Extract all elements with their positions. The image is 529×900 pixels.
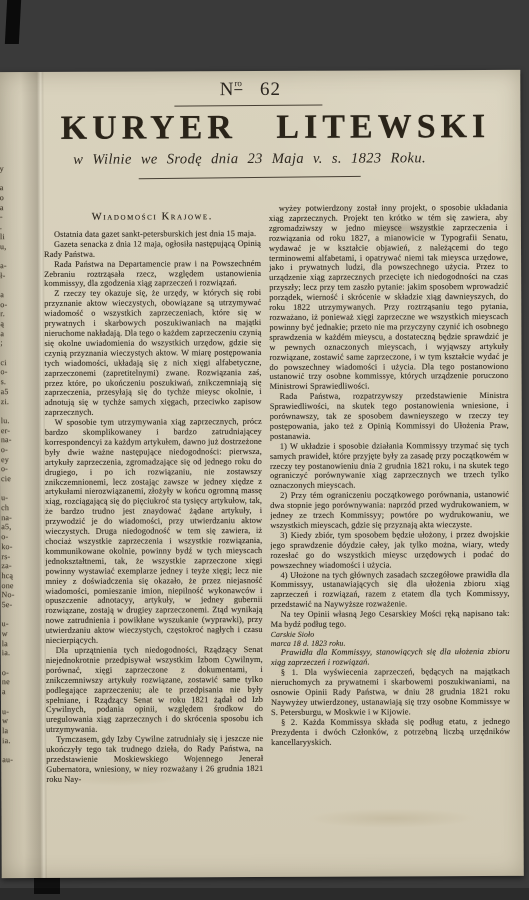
margin-text-fragment: ; [0,338,14,348]
margin-text-fragment: a5 [1,387,15,397]
margin-text-fragment [2,697,16,707]
margin-text-fragment [2,803,16,813]
paragraph: Gazeta senacka z dnia 12 maja, ogłosiła … [44,239,261,260]
right-column: wyżey potwierdzony został inny projekt, … [269,203,511,871]
margin-text-fragment: No- [2,590,16,600]
margin-text-fragment: za- [1,561,15,571]
margin-text-fragment [1,406,15,416]
divider-rule-dateline [139,176,361,179]
margin-text-fragment: ko- [1,542,15,552]
margin-text-fragment: lu. [1,416,15,426]
margin-text-fragment: a [0,329,14,339]
margin-text-fragment [0,348,14,358]
margin-text-fragment: a [0,183,14,193]
margin-text-fragment: a5, [1,523,15,533]
margin-text-fragment: a [2,687,16,697]
margin-text-fragment: r. [0,309,14,319]
section-heading: Wiadomości Krajowe. [44,212,261,223]
scan-bottom-shadow [0,888,529,900]
margin-text-fragment: u- [2,619,16,629]
paragraph: Na tey Opinii własną Jego Cesarskiey Moś… [271,609,510,630]
margin-text-fragment: la [2,726,16,736]
margin-text-fragment: u, [0,242,14,252]
margin-text-fragment [2,784,16,794]
left-column-paragraphs: Ostatnia data gazet sankt-petersburskich… [44,229,263,785]
margin-text-fragment [2,658,16,668]
paragraph: Carskie Sioło marca 18 d. 1823 roku. [271,629,510,648]
adjacent-page-edge: yaoa-.liu,a-ł-ao-r.ąa;cio-s.a5zi.lu.er-n… [0,72,47,878]
margin-text-fragment: . [0,222,14,232]
margin-text-fragment [0,251,14,261]
right-column-paragraphs: wyżey potwierdzony został inny projekt, … [269,203,510,747]
margin-text-fragment: er- [1,426,15,436]
paragraph: 2) Przy tém ograniczeniu początkowego po… [270,490,509,531]
margin-text-fragment: o- [1,464,15,474]
margin-text-fragment: ia. [2,736,16,746]
paragraph: wyżey potwierdzony został inny projekt, … [269,203,509,392]
margin-text-fragment [2,813,16,823]
paragraph: Tymczasem, gdy Izby Cywilne zatrudniały … [46,734,263,784]
margin-text-fragment: ł- [0,271,14,281]
newspaper-page-scan: yaoa-.liu,a-ł-ao-r.ąa;cio-s.a5zi.lu.er-n… [0,70,524,878]
margin-text-fragment: na- [1,513,15,523]
margin-text-fragment: u- [2,707,16,717]
margin-text-fragment: li [0,232,14,242]
paragraph: Z rzeczy tey okazuje się, że urzędy, w k… [44,288,262,418]
margin-text-fragment: ch [1,503,15,513]
margin-text-fragment [2,765,16,775]
margin-text-fragment: zi. [1,397,15,407]
margin-text-fragment: one [1,581,15,591]
paragraph: 3) Kiedy zbiór, tym sposobem będzie ułoż… [270,530,509,571]
margin-text-fragment [3,823,17,833]
margin-text-fragment: s. [1,377,15,387]
margin-text-fragment [0,174,14,184]
margin-text-fragment: o- [2,668,16,678]
margin-text-fragment: w [2,716,16,726]
margin-text-fragment: cie [1,474,15,484]
margin-text-fragment: y [0,164,14,174]
paragraph: W sposobie tym utrzymywania xiąg zaprzec… [45,417,263,646]
margin-text-fragment: na- [1,435,15,445]
margin-text-fragment: u- [1,493,15,503]
margin-text-fragment: w [2,629,16,639]
margin-text-fragment: rs- [1,552,15,562]
margin-text-fragment: hcą [1,571,15,581]
margin-text-fragment: la [2,639,16,649]
margin-text-fragment: o- [1,445,15,455]
margin-text-fragment: - [0,213,14,223]
paragraph: § 2. Każda Kommissya składa się podług e… [271,717,510,748]
margin-text-fragment: 5e- [2,600,16,610]
paragraph: Rada Państwa na Departamencie praw i na … [44,259,261,290]
issue-superscript: ro [234,78,242,90]
margin-text-fragment: o- [0,300,14,310]
issue-label: N [220,79,235,100]
divider-rule-top [174,104,322,106]
binding-clamp-top [5,0,21,44]
article-columns: Wiadomości Krajowe. Ostatnia data gazet … [44,203,511,872]
dateline: w Wilnie we Srodę dnia 23 Maja v. s. 182… [44,150,508,169]
paragraph: Rada Państwa, rozpatrzywszy przedstawien… [270,391,509,442]
paragraph: 1) W układzie i sposobie działania Kommi… [270,441,509,492]
margin-text-fragment: o- [1,532,15,542]
paragraph: Prawidła dla Kommissyy, stanowiących się… [271,647,510,668]
paragraph: 4) Ułożone na tych głównych zasadach szc… [270,569,509,610]
paragraph: Dla uprzątnienia tych niedogodności, Rzą… [46,645,263,735]
margin-text-fragment: ci [0,358,14,368]
margin-text-fragments: yaoa-.liu,a-ł-ao-r.ąa;cio-s.a5zi.lu.er-n… [0,164,17,832]
issue-number: Nro62 [43,77,507,102]
margin-text-fragment: ey [1,455,15,465]
margin-text-fragment: o [0,193,14,203]
margin-text-fragment [2,794,16,804]
page-content: Nro62 KURYER LITEWSKI w Wilnie we Srodę … [43,70,511,878]
issue-num-value: 62 [260,79,281,100]
margin-text-fragment: a- [0,261,14,271]
margin-text-fragment [2,745,16,755]
margin-text-fragment [2,610,16,620]
left-column: Wiadomości Krajowe. Ostatnia data gazet … [44,204,264,872]
margin-text-fragment [2,774,16,784]
margin-text-fragment: a [0,290,14,300]
newspaper-title: KURYER LITEWSKI [43,108,507,148]
margin-text-fragment: ą [0,319,14,329]
margin-text-fragment: ia. [2,648,16,658]
paragraph: § 1. Dla wyświecenia zaprzeczeń, będącyc… [271,667,510,718]
margin-text-fragment: o- [1,368,15,378]
margin-text-fragment: ne [2,678,16,688]
margin-text-fragment [0,280,14,290]
margin-text-fragment [1,484,15,494]
margin-text-fragment: a [0,203,14,213]
margin-text-fragment: au- [2,755,16,765]
